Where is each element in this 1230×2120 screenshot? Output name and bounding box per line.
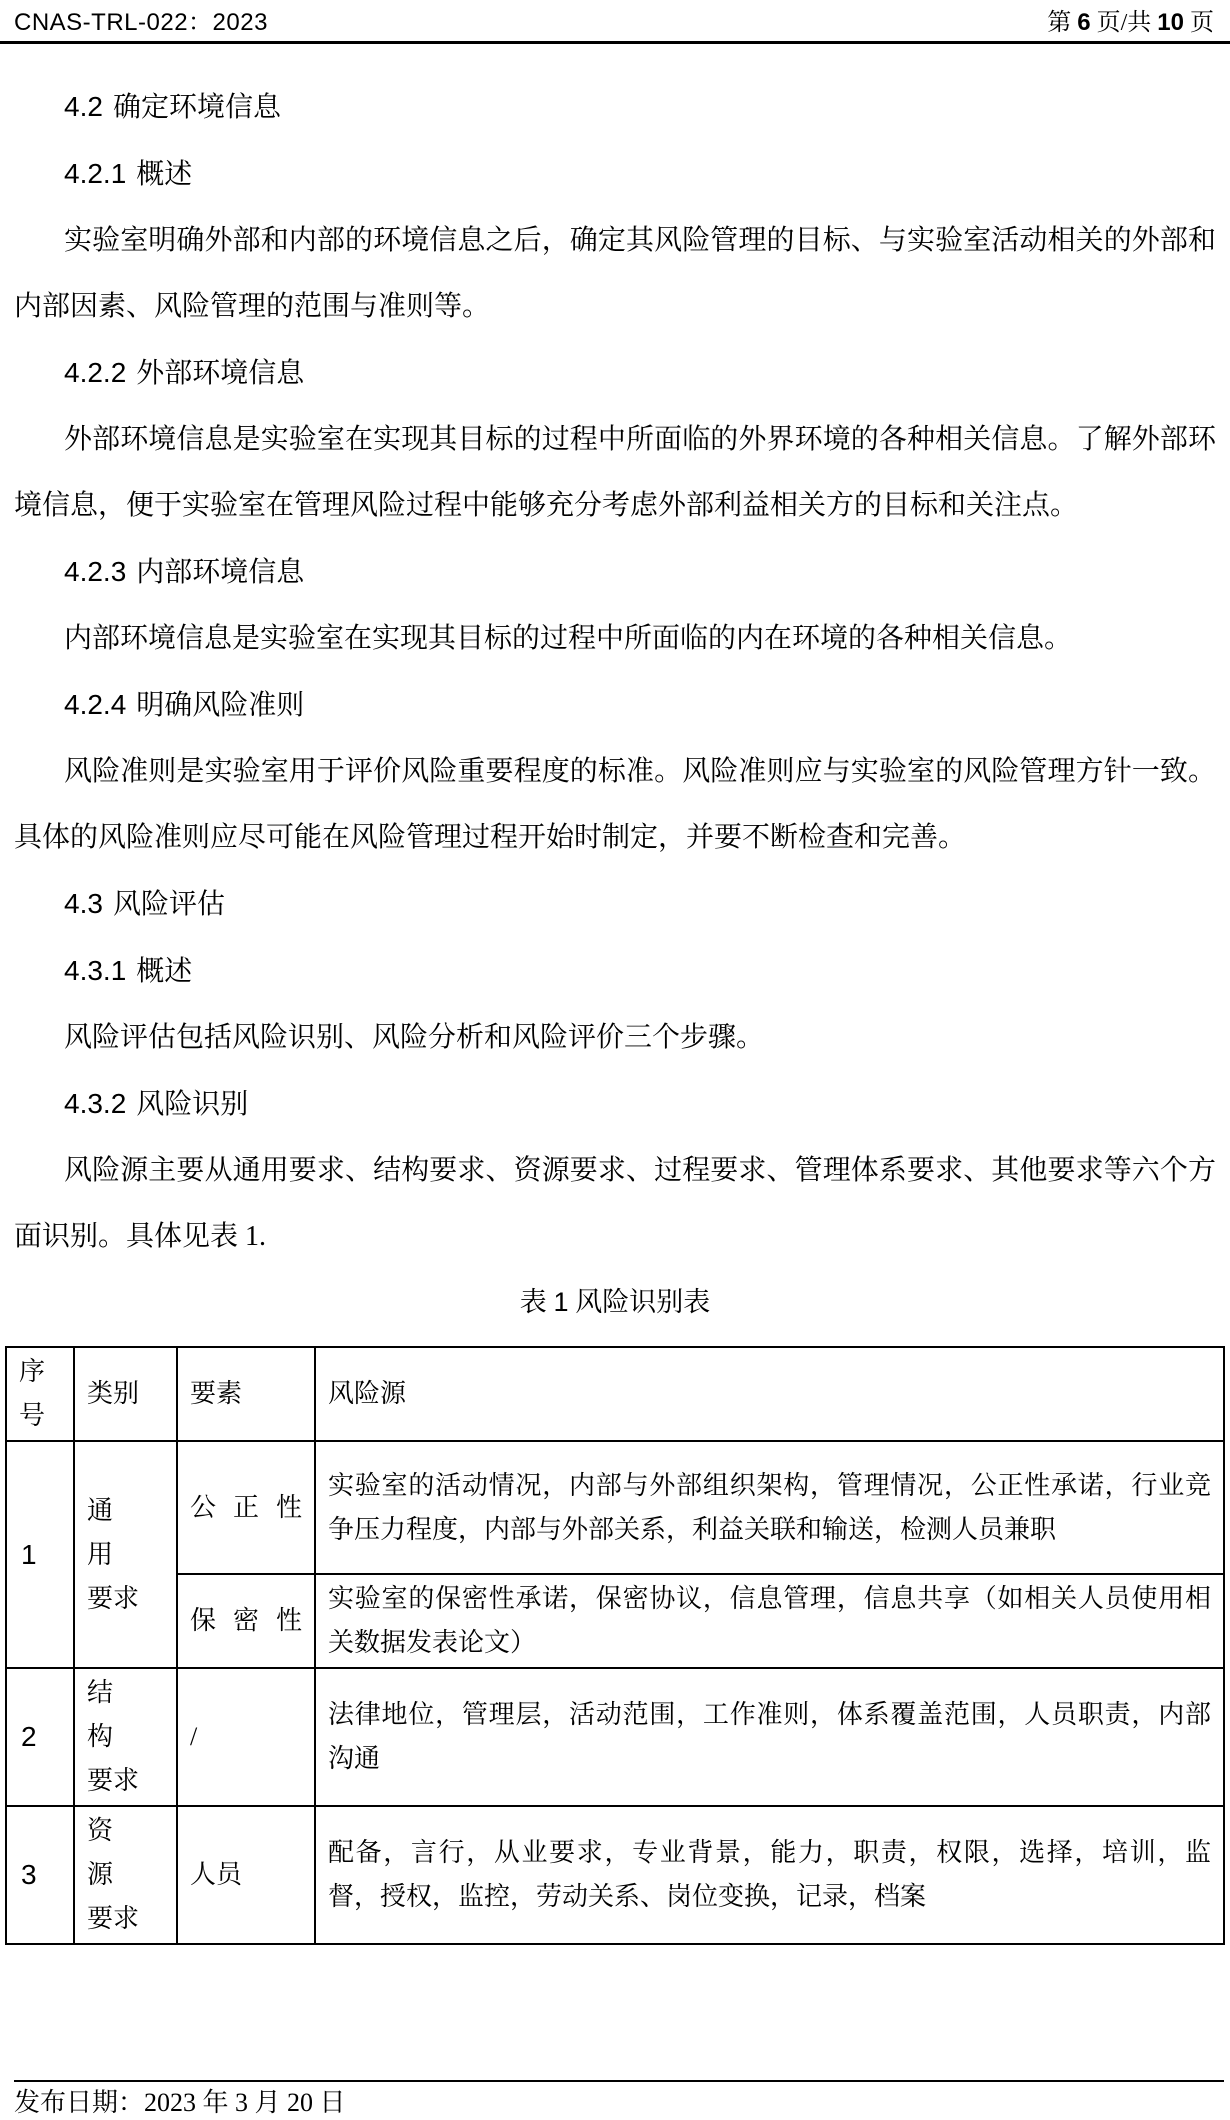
page-label-mid: 页/共 (1091, 10, 1158, 36)
heading-number: 4.2.3 (64, 556, 126, 587)
risk-source-cell: 配备，言行，从业要求，专业背景，能力，职责，权限，选择，培训，监督，授权，监控，… (315, 1806, 1224, 1944)
page-footer: 发布日期：2023 年 3 月 20 日 (14, 2080, 1224, 2118)
risk-source-cell: 法律地位，管理层，活动范围，工作准则，体系覆盖范围，人员职责，内部沟通 (315, 1668, 1224, 1806)
heading-title: 确定环境信息 (113, 92, 281, 123)
category-cell: 结 构 要求 (74, 1668, 177, 1806)
heading-title: 概述 (136, 956, 192, 987)
column-header-element: 要素 (177, 1347, 315, 1441)
heading-title: 外部环境信息 (136, 358, 304, 389)
heading-4-2-1: 4.2.1概述 (64, 141, 1216, 208)
table-row: 2 结 构 要求 / 法律地位，管理层，活动范围，工作准则，体系覆盖范围，人员职… (6, 1668, 1224, 1806)
table-caption-prefix: 表 (520, 1287, 554, 1317)
column-header-category: 类别 (74, 1347, 177, 1441)
heading-number: 4.2.2 (64, 357, 126, 388)
heading-number: 4.2 (64, 91, 103, 122)
element-cell: 保密性 (177, 1574, 315, 1668)
column-header-risk-source: 风险源 (315, 1347, 1224, 1441)
document-page: CNAS-TRL-022：2023 第 6 页/共 10 页 4.2确定环境信息… (0, 0, 1230, 2120)
paragraph-4-2-4: 风险准则是实验室用于评价风险重要程度的标准。风险准则应与实验室的风险管理方针一致… (14, 739, 1216, 871)
heading-number: 4.2.4 (64, 689, 126, 720)
paragraph-4-3-1: 风险评估包括风险识别、风险分析和风险评价三个步骤。 (14, 1005, 1216, 1071)
table-caption-number: 1 (553, 1287, 568, 1317)
table-caption: 表 1 风险识别表 (14, 1282, 1216, 1322)
risk-source-cell: 实验室的保密性承诺，保密协议，信息管理，信息共享（如相关人员使用相关数据发表论文… (315, 1574, 1224, 1668)
page-number: 第 6 页/共 10 页 (1047, 9, 1214, 37)
column-header-seq: 序号 (6, 1347, 74, 1441)
current-page-number: 6 (1077, 9, 1090, 36)
table-header-row: 序号 类别 要素 风险源 (6, 1347, 1224, 1441)
paragraph-4-2-3: 内部环境信息是实验室在实现其目标的过程中所面临的内在环境的各种相关信息。 (14, 606, 1216, 672)
heading-title: 概述 (136, 159, 192, 190)
page-header: CNAS-TRL-022：2023 第 6 页/共 10 页 (0, 0, 1230, 41)
heading-title: 明确风险准则 (136, 690, 304, 721)
risk-source-cell: 实验室的活动情况，内部与外部组织架构，管理情况，公正性承诺，行业竞争压力程度，内… (315, 1441, 1224, 1574)
heading-4-2: 4.2确定环境信息 (64, 74, 1216, 141)
table-row: 保密性 实验室的保密性承诺，保密协议，信息管理，信息共享（如相关人员使用相关数据… (6, 1574, 1224, 1668)
paragraph-4-2-1: 实验室明确外部和内部的环境信息之后，确定其风险管理的目标、与实验室活动相关的外部… (14, 208, 1216, 340)
category-cell: 资 源 要求 (74, 1806, 177, 1944)
document-body: 4.2确定环境信息 4.2.1概述 实验室明确外部和内部的环境信息之后，确定其风… (0, 44, 1230, 1945)
seq-cell: 2 (6, 1668, 74, 1806)
element-cell: / (177, 1668, 315, 1806)
paragraph-4-3-2: 风险源主要从通用要求、结构要求、资源要求、过程要求、管理体系要求、其他要求等六个… (14, 1138, 1216, 1270)
element-cell: 人员 (177, 1806, 315, 1944)
document-code: CNAS-TRL-022：2023 (14, 9, 268, 37)
table-row: 1 通 用 要求 公正性 实验室的活动情况，内部与外部组织架构，管理情况，公正性… (6, 1441, 1224, 1574)
page-label-suffix: 页 (1184, 10, 1214, 36)
table-row: 3 资 源 要求 人员 配备，言行，从业要求，专业背景，能力，职责，权限，选择，… (6, 1806, 1224, 1944)
table-caption-title: 风险识别表 (569, 1287, 711, 1317)
heading-title: 风险识别 (136, 1089, 248, 1120)
page-label-prefix: 第 (1047, 10, 1077, 36)
heading-number: 4.3 (64, 888, 103, 919)
heading-title: 内部环境信息 (136, 557, 304, 588)
heading-number: 4.3.1 (64, 955, 126, 986)
heading-4-2-3: 4.2.3内部环境信息 (64, 539, 1216, 606)
heading-4-3: 4.3风险评估 (64, 871, 1216, 938)
heading-4-3-1: 4.3.1概述 (64, 938, 1216, 1005)
category-cell: 通 用 要求 (74, 1441, 177, 1668)
risk-identification-table: 序号 类别 要素 风险源 1 通 用 要求 公正性 实验室的活动情况，内部与外部… (5, 1346, 1225, 1945)
element-cell: 公正性 (177, 1441, 315, 1574)
heading-title: 风险评估 (113, 889, 225, 920)
heading-4-2-2: 4.2.2外部环境信息 (64, 340, 1216, 407)
paragraph-4-2-2: 外部环境信息是实验室在实现其目标的过程中所面临的外界环境的各种相关信息。了解外部… (14, 407, 1216, 539)
heading-4-2-4: 4.2.4明确风险准则 (64, 672, 1216, 739)
heading-number: 4.2.1 (64, 158, 126, 189)
heading-number: 4.3.2 (64, 1088, 126, 1119)
total-page-number: 10 (1157, 9, 1184, 36)
heading-4-3-2: 4.3.2风险识别 (64, 1071, 1216, 1138)
seq-cell: 1 (6, 1441, 74, 1668)
release-date: 发布日期：2023 年 3 月 20 日 (14, 2088, 346, 2117)
seq-cell: 3 (6, 1806, 74, 1944)
